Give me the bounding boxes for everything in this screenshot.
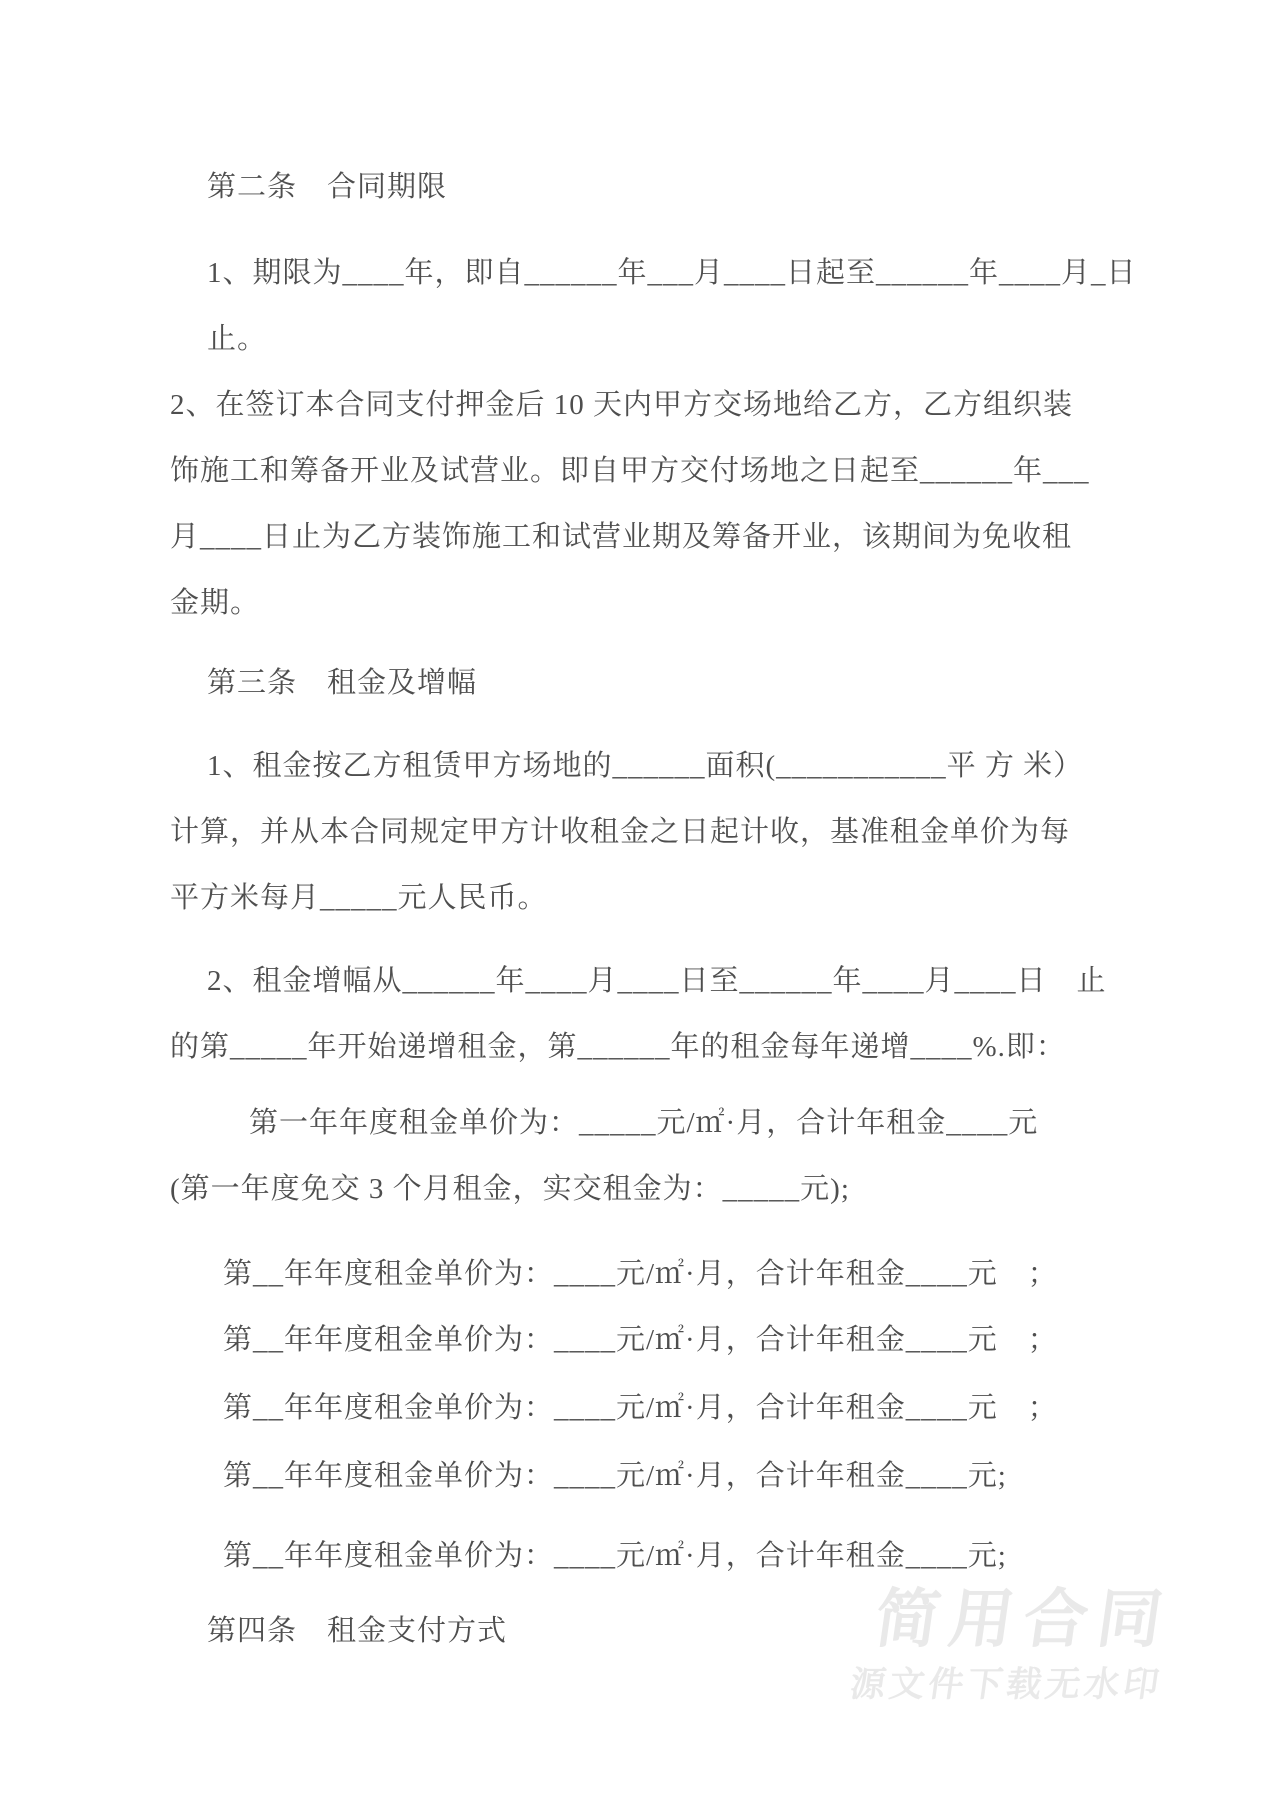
contract-text-line: 计算，并从本合同规定甲方计收租金之日起计收，基准租金单价为每 (170, 799, 1140, 865)
watermark: 简用合同 源文件下载无水印 (848, 1588, 1176, 1703)
contract-text-line: 第__年年度租金单价为：____元/㎡·月，合计年租金____元; (170, 1523, 1140, 1589)
contract-text-line: 的第_____年开始递增租金，第______年的租金每年递增____%.即： (170, 1014, 1140, 1080)
contract-text-line: 2、租金增幅从______年____月____日至______年____月___… (170, 948, 1140, 1014)
contract-text-line: 月____日止为乙方装饰施工和试营业期及筹备开业，该期间为免收租 (170, 504, 1140, 570)
contract-text-line: 第一年年度租金单价为：_____元/㎡·月，合计年租金____元 (170, 1090, 1140, 1156)
contract-text-line: 2、在签订本合同支付押金后 10 天内甲方交场地给乙方，乙方组织装 (170, 372, 1140, 438)
watermark-subtitle: 源文件下载无水印 (848, 1668, 1165, 1703)
contract-text-line: 金期。 (170, 570, 1140, 636)
heading-article-2: 第二条 合同期限 (170, 154, 1140, 220)
contract-text-line: 饰施工和筹备开业及试营业。即自甲方交付场地之日起至______年___ (170, 438, 1140, 504)
contract-text-line: 第__年年度租金单价为：____元/㎡·月，合计年租金____元 ； (170, 1375, 1140, 1441)
watermark-title: 简用合同 (855, 1588, 1176, 1652)
contract-page: 第二条 合同期限 1、期限为____年，即自______年___月____日起至… (0, 0, 1280, 1810)
contract-text-line: 平方米每月_____元人民币。 (170, 865, 1140, 931)
contract-text-line: 1、租金按乙方租赁甲方场地的______面积(___________平 方 米） (170, 733, 1140, 799)
contract-text-line: (第一年度免交 3 个月租金，实交租金为：_____元); (170, 1156, 1140, 1222)
heading-article-3: 第三条 租金及增幅 (170, 650, 1140, 716)
contract-text-line: 1、期限为____年，即自______年___月____日起至______年__… (170, 240, 1140, 372)
contract-text-line: 第__年年度租金单价为：____元/㎡·月，合计年租金____元 ； (170, 1307, 1140, 1373)
contract-text-line: 第__年年度租金单价为：____元/㎡·月，合计年租金____元; (170, 1443, 1140, 1509)
contract-text-line: 第__年年度租金单价为：____元/㎡·月，合计年租金____元 ； (170, 1241, 1140, 1307)
contract-body: 第二条 合同期限 1、期限为____年，即自______年___月____日起至… (170, 154, 1140, 1664)
